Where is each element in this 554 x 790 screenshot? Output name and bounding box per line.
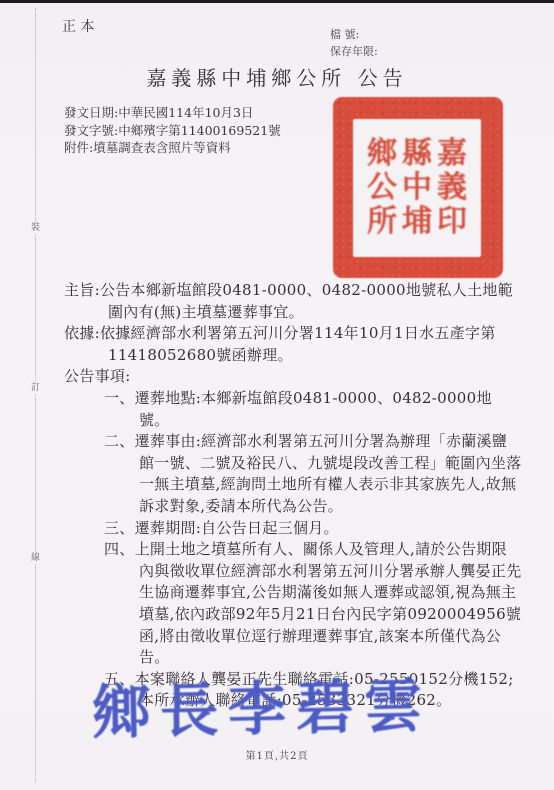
announcement-items-header: 公告事項: xyxy=(64,366,522,388)
subject-paragraph: 主旨:公告本鄉新塩館段0481-0000、0482-0000地號私人土地範圍內有… xyxy=(64,280,522,323)
announcement-item-4: 四、上開土地之墳墓所有人、關係人及管理人,請於公告期限內與徵收單位經濟部水利署第… xyxy=(104,539,522,669)
binding-mark-ding: 訂 xyxy=(30,382,41,395)
attachment-note: 附件:墳墓調查表含照片等資料 xyxy=(64,139,281,157)
document-number: 發文字號:中鄉殯字第11400169521號 xyxy=(64,122,281,140)
announcement-item-2: 二、遷葬事由:經濟部水利署第五河川分署為辦理「赤蘭溪鹽館一號、二號及裕民八、九號… xyxy=(104,431,522,517)
seal-column-right: 嘉義印 xyxy=(437,137,467,240)
seal-inner-face: 鄉公所 縣中埔 嘉義印 xyxy=(353,119,481,257)
official-notice-document: 裝 訂 線 正 本 檔 號: 保存年限: 嘉義縣中埔鄉公所 公告 發文日期:中華… xyxy=(0,0,554,790)
scan-edge xyxy=(0,0,554,3)
mayor-signature-stamp: 鄉長李碧雲 xyxy=(0,657,525,752)
seal-column-middle: 縣中埔 xyxy=(402,137,432,240)
announcement-item-1: 一、遷葬地點:本鄉新塩館段0481-0000、0482-0000地號。 xyxy=(104,388,522,431)
file-number-label: 檔 號: xyxy=(330,26,378,43)
issue-date: 發文日期:中華民國114年10月3日 xyxy=(64,104,281,122)
page-number: 第1頁,共2頁 xyxy=(0,747,554,762)
document-title: 嘉義縣中埔鄉公所 公告 xyxy=(0,62,554,91)
file-number-block: 檔 號: 保存年限: xyxy=(330,26,378,60)
document-body: 主旨:公告本鄉新塩館段0481-0000、0482-0000地號私人土地範圍內有… xyxy=(64,280,522,712)
retention-period-label: 保存年限: xyxy=(330,43,378,60)
document-meta: 發文日期:中華民國114年10月3日 發文字號:中鄉殯字第11400169521… xyxy=(64,104,281,157)
copy-type-label: 正 本 xyxy=(62,16,94,36)
seal-column-left: 鄉公所 xyxy=(367,137,397,240)
binding-mark-zhuang: 裝 xyxy=(30,222,41,235)
announcement-item-3: 三、遷葬期間:自公告日起三個月。 xyxy=(104,518,522,540)
binding-mark-xian: 線 xyxy=(30,552,41,565)
basis-paragraph: 依據:依據經濟部水利署第五河川分署114年10月1日水五產字第114180526… xyxy=(64,323,522,366)
official-red-seal: 鄉公所 縣中埔 嘉義印 xyxy=(333,97,503,278)
